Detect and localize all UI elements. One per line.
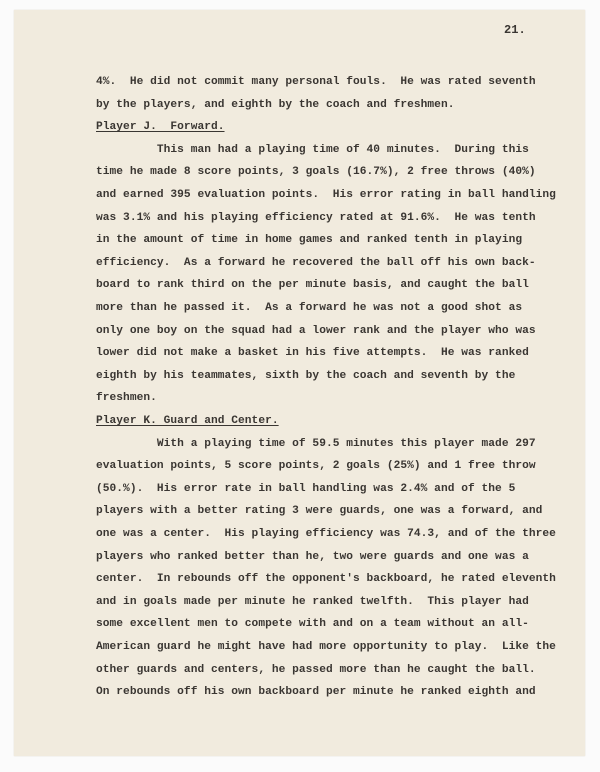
text-line: freshmen. [96,392,157,404]
text-line: by the players, and eighth by the coach … [96,99,454,111]
text-line: This man had a playing time of 40 minute… [96,144,529,156]
text-line: time he made 8 score points, 3 goals (16… [96,166,536,178]
page-number: 21. [504,23,526,37]
text-line: more than he passed it. As a forward he … [96,302,522,314]
text-line: 4%. He did not commit many personal foul… [96,76,536,88]
text-line: evaluation points, 5 score points, 2 goa… [96,460,536,472]
text-line: other guards and centers, he passed more… [96,664,536,676]
document-page: 21. 4%. He did not commit many personal … [14,10,585,756]
section-heading: Player J. Forward. [96,121,225,133]
text-line: eighth by his teammates, sixth by the co… [96,370,515,382]
text-line: was 3.1% and his playing efficiency rate… [96,212,536,224]
text-line: board to rank third on the per minute ba… [96,279,529,291]
text-line: players who ranked better than he, two w… [96,551,529,563]
text-line: and in goals made per minute he ranked t… [96,596,529,608]
section-heading: Player K. Guard and Center. [96,415,279,427]
text-line: in the amount of time in home games and … [96,234,522,246]
text-line: American guard he might have had more op… [96,641,556,653]
text-line: efficiency. As a forward he recovered th… [96,257,536,269]
text-line: With a playing time of 59.5 minutes this… [96,438,536,450]
text-line: one was a center. His playing efficiency… [96,528,556,540]
text-line: players with a better rating 3 were guar… [96,505,542,517]
text-line: some excellent men to compete with and o… [96,618,529,630]
text-line: lower did not make a basket in his five … [96,347,529,359]
text-line: only one boy on the squad had a lower ra… [96,325,536,337]
text-line: center. In rebounds off the opponent's b… [96,573,556,585]
text-line: On rebounds off his own backboard per mi… [96,686,536,698]
text-line: (50.%). His error rate in ball handling … [96,483,515,495]
text-line: and earned 395 evaluation points. His er… [96,189,556,201]
